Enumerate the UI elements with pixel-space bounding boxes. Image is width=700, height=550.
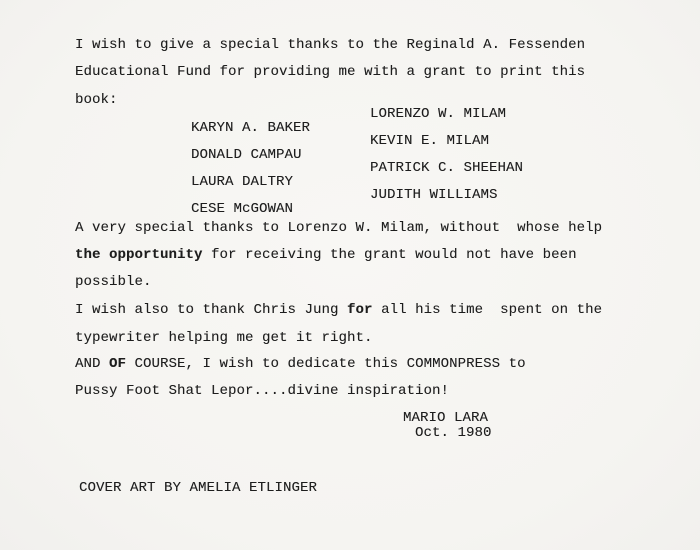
text-line: Pussy Foot Shat Lepor....divine inspirat…	[75, 384, 449, 398]
emphasized-text: for	[347, 302, 373, 318]
text-segment: COURSE, I wish to dedicate this COMMONPR…	[126, 356, 526, 372]
donor-name: LORENZO W. MILAM	[370, 107, 506, 121]
text-line: possible.	[75, 275, 152, 289]
donor-name: CESE McGOWAN	[191, 201, 293, 217]
donor-name: PATRICK C. SHEEHAN	[370, 161, 523, 175]
text-line: book:	[75, 93, 118, 107]
signature-date: Oct. 1980	[415, 426, 492, 440]
text-line: I wish to give a special thanks to the R…	[75, 38, 585, 52]
text-line: I wish also to thank Chris Jung for all …	[75, 303, 602, 317]
text-line: A very special thanks to Lorenzo W. Mila…	[75, 221, 602, 235]
text-segment: for receiving the grant would not have b…	[203, 247, 577, 263]
text-segment: all his time spent on the	[373, 302, 603, 318]
donor-name: KEVIN E. MILAM	[370, 134, 489, 148]
text-segment: I wish also to thank Chris Jung	[75, 302, 347, 318]
text-line: AND OF COURSE, I wish to dedicate this C…	[75, 357, 526, 371]
document-page: I wish to give a special thanks to the R…	[0, 0, 700, 550]
text-line: typewriter helping me get it right.	[75, 331, 373, 345]
emphasized-text: OF	[109, 356, 126, 372]
text-line: the opportunity for receiving the grant …	[75, 248, 577, 262]
text-line: Educational Fund for providing me with a…	[75, 65, 585, 79]
cover-art-credit: COVER ART BY AMELIA ETLINGER	[79, 481, 317, 495]
text-segment: AND	[75, 356, 109, 372]
emphasized-text: the opportunity	[75, 247, 203, 263]
signature-name: MARIO LARA	[403, 411, 488, 425]
donor-name: JUDITH WILLIAMS	[370, 188, 498, 202]
